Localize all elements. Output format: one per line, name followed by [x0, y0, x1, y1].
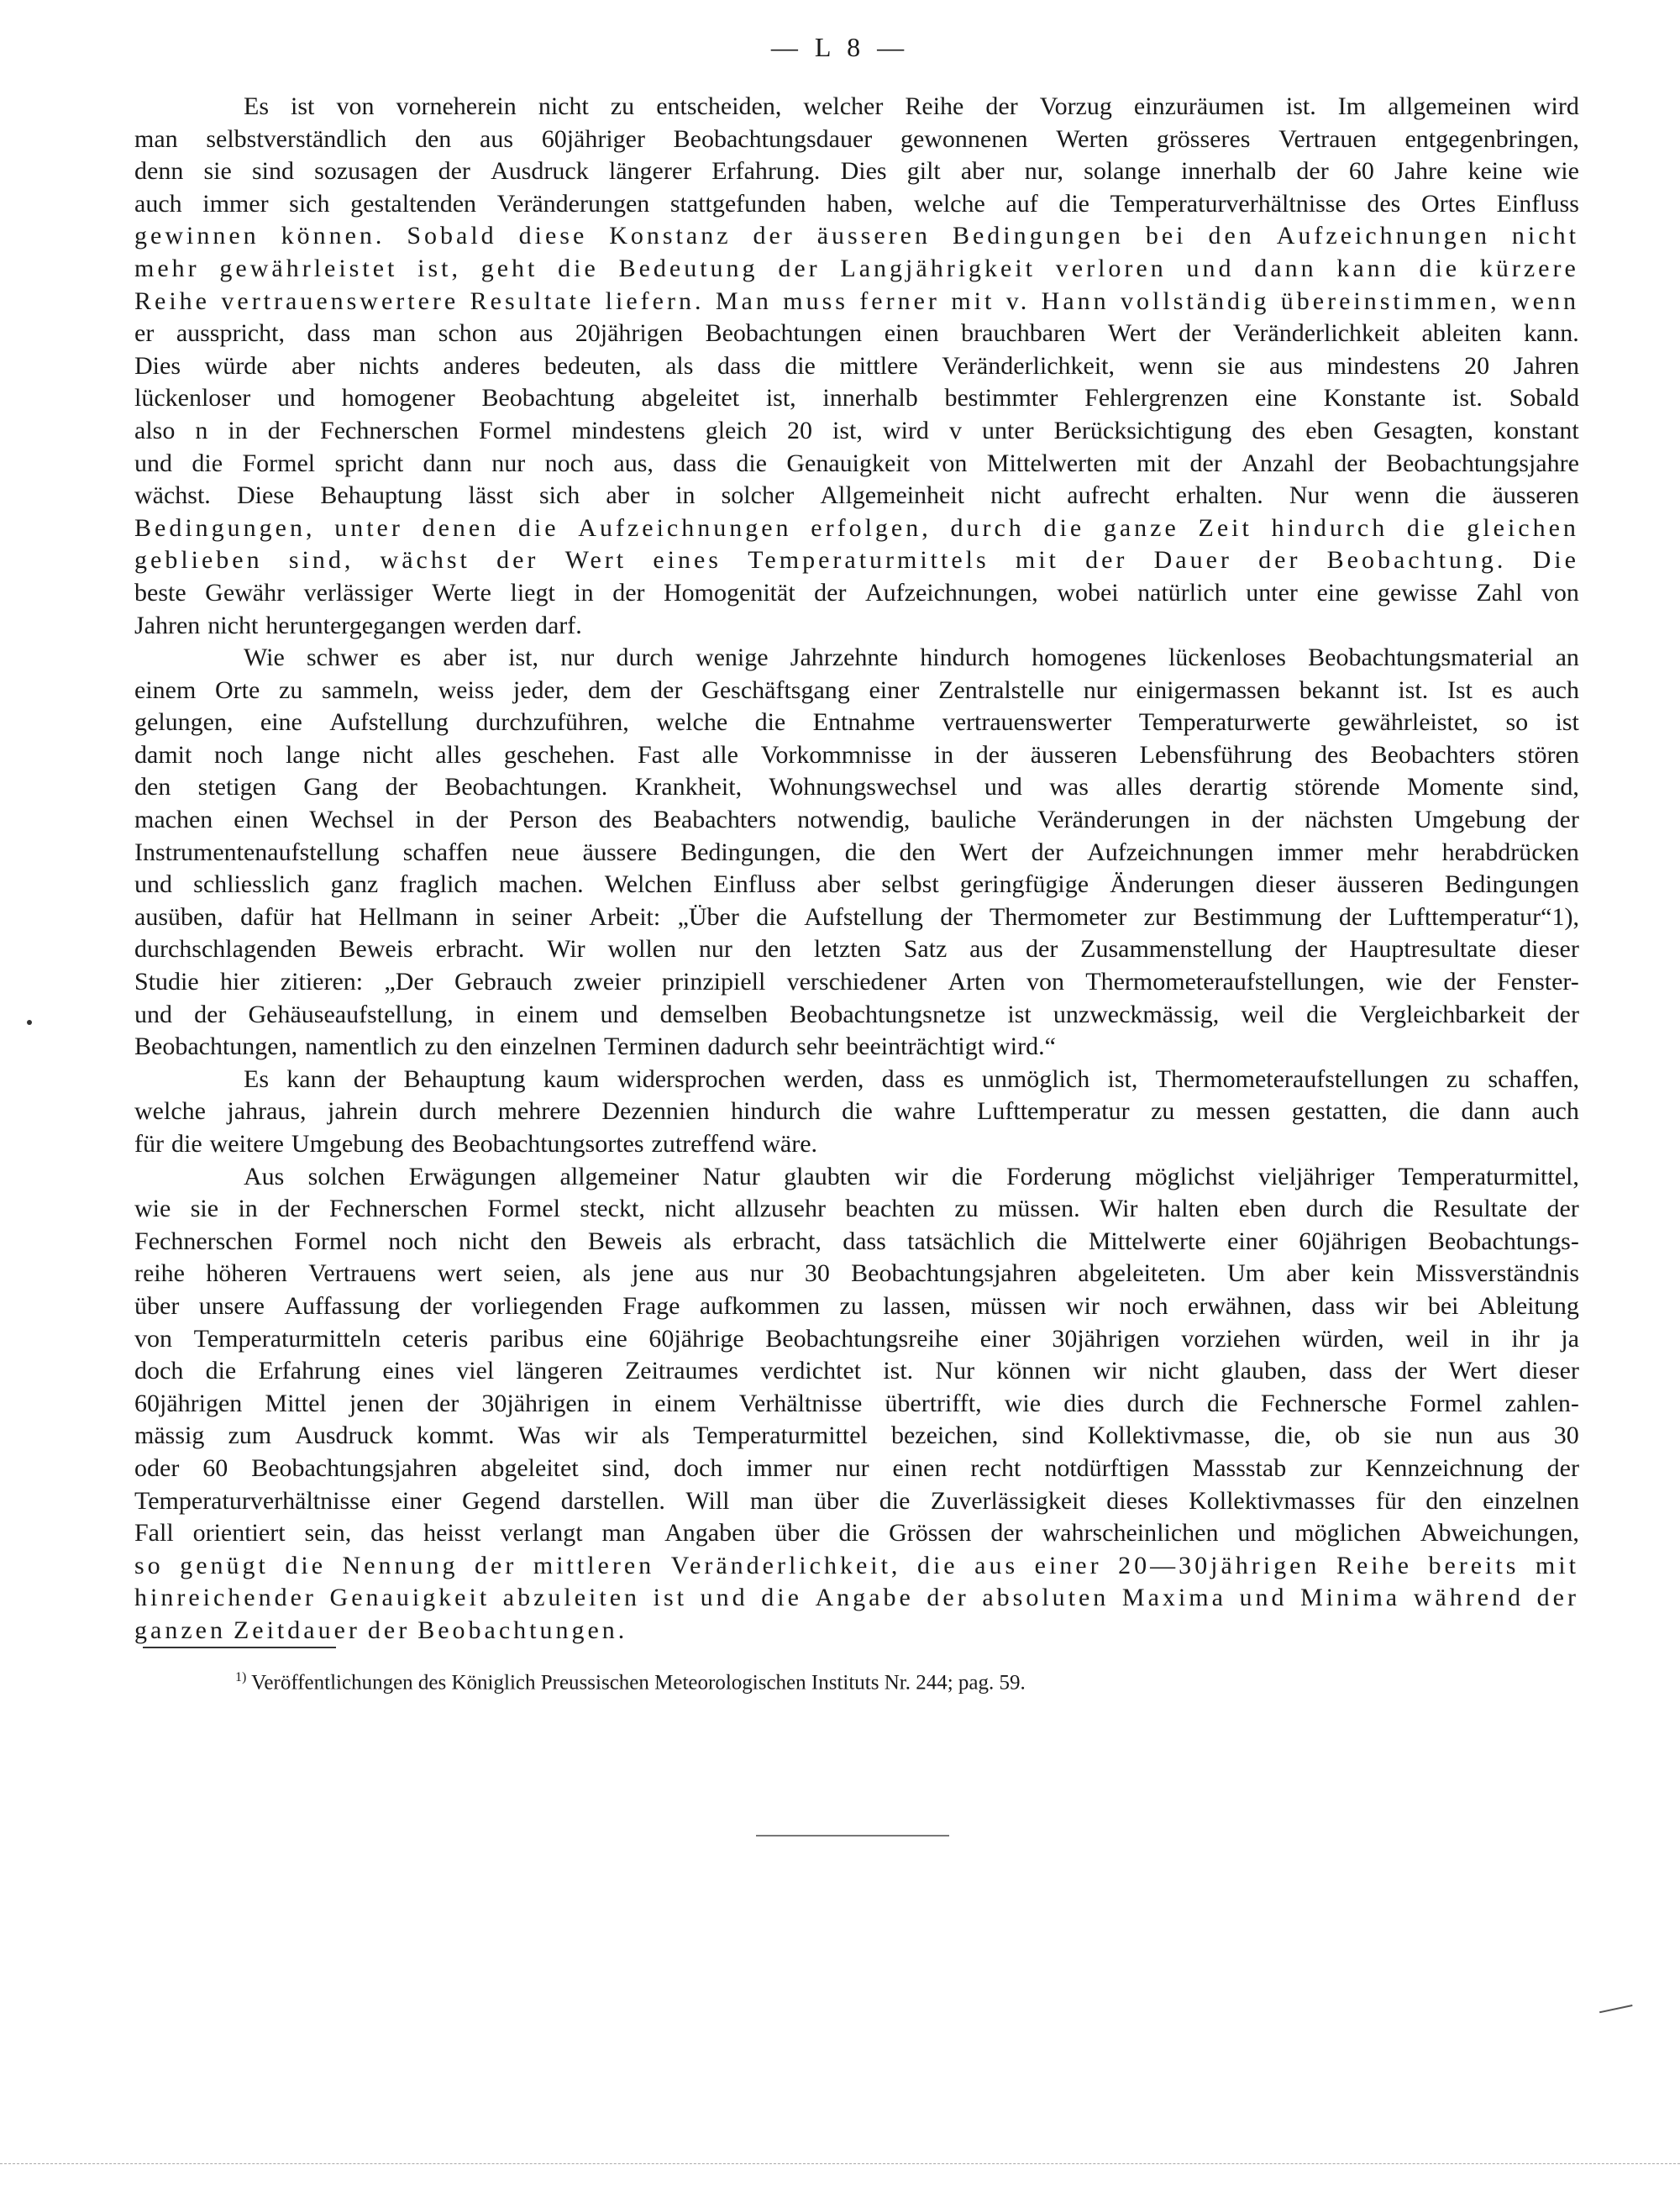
text-line: unddieFormelsprichtdannnurnochaus,dassdi…	[134, 448, 1579, 481]
footnote-marker: 1)	[235, 1670, 246, 1684]
end-of-text-rule	[756, 1835, 949, 1837]
text-line: ganzenZeitdauerderBeobachtungen.	[134, 1615, 1579, 1647]
text-line: Beobachtungen,namentlichzudeneinzelnenTe…	[134, 1031, 1579, 1064]
footnote: 1) Veröffentlichungen des Königlich Preu…	[235, 1670, 1026, 1695]
text-line: Esistvonvornehereinnichtzuentscheiden,we…	[134, 91, 1579, 123]
text-line: erausspricht,dassmanschonaus20jährigenBe…	[134, 318, 1579, 350]
text-line: alsoninderFechnerschenFormelmindestensgl…	[134, 415, 1579, 448]
footnote-text: Veröffentlichungen des Königlich Preussi…	[251, 1671, 1026, 1694]
text-line: Studiehierzitieren:„DerGebrauchzweierpri…	[134, 966, 1579, 999]
text-line: damitnochlangenichtallesgeschehen.Fastal…	[134, 739, 1579, 772]
text-line: fürdieweitereUmgebungdesBeobachtungsorte…	[134, 1128, 1579, 1161]
text-line: TemperaturverhältnisseeinerGegenddarstel…	[134, 1485, 1579, 1518]
text-line: Fallorientiertsein,dasheisstverlangtmanA…	[134, 1517, 1579, 1550]
text-line: ausüben,dafürhatHellmanninseinerArbeit:„…	[134, 901, 1579, 934]
text-line: gebliebensind,wächstderWerteinesTemperat…	[134, 544, 1579, 577]
body-text: Esistvonvornehereinnichtzuentscheiden,we…	[134, 91, 1579, 1647]
text-line: 60jährigenMitteljenender30jährigenineine…	[134, 1388, 1579, 1421]
text-line: ReihevertrauenswertereResultateliefern.M…	[134, 286, 1579, 318]
text-line: mehrgewährleistetist,gehtdieBedeutungder…	[134, 253, 1579, 286]
text-line: vonTemperaturmittelnceterisparibuseine60…	[134, 1323, 1579, 1356]
text-line: Jahrennichtheruntergegangenwerdendarf.	[134, 610, 1579, 643]
text-line: Dieswürdeabernichtsanderesbedeuten,alsda…	[134, 350, 1579, 383]
text-line: besteGewährverlässigerWerteliegtinderHom…	[134, 577, 1579, 610]
text-line: denstetigenGangderBeobachtungen.Krankhei…	[134, 771, 1579, 804]
text-line: wiesieinderFechnerschenFormelsteckt,nich…	[134, 1193, 1579, 1226]
text-line: Bedingungen,unterdenendieAufzeichnungene…	[134, 512, 1579, 545]
text-line: dennsiesindsozusagenderAusdrucklängererE…	[134, 155, 1579, 188]
text-line: gewinnenkönnen.SobalddieseKonstanzderäus…	[134, 220, 1579, 253]
text-line: Wieschweresaberist,nurdurchwenigeJahrzeh…	[134, 642, 1579, 675]
text-line: undderGehäuseaufstellung,ineinemunddemse…	[134, 999, 1579, 1032]
text-line: auchimmersichgestaltendenVeränderungenst…	[134, 188, 1579, 221]
page-number-header: — L 8 —	[0, 32, 1680, 63]
scan-mark	[1599, 2005, 1635, 2023]
text-line: Instrumentenaufstellungschaffenneueäusse…	[134, 837, 1579, 870]
text-line: oder60Beobachtungsjahrenabgeleitetsind,d…	[134, 1453, 1579, 1485]
text-line: reihehöherenVertrauenswertseien,alsjenea…	[134, 1258, 1579, 1290]
text-line: dochdieErfahrungeinesviellängerenZeitrau…	[134, 1355, 1579, 1388]
text-line: hinreichenderGenauigkeitabzuleitenistund…	[134, 1582, 1579, 1615]
text-line: sogenügtdieNennungdermittlerenVeränderli…	[134, 1550, 1579, 1583]
text-line: einemOrtezusammeln,weissjeder,demderGesc…	[134, 675, 1579, 707]
text-line: FechnerschenFormelnochnichtdenBeweisalse…	[134, 1226, 1579, 1259]
text-line: macheneinenWechselinderPersondesBeabacht…	[134, 804, 1579, 837]
text-line: EskannderBehauptungkaumwidersprochenwerd…	[134, 1064, 1579, 1096]
footnote-divider	[143, 1647, 336, 1648]
text-line: wächst.DieseBehauptunglässtsichaberinsol…	[134, 480, 1579, 512]
scan-speck	[27, 1020, 32, 1025]
text-line: lückenloserundhomogenerBeobachtungabgele…	[134, 382, 1579, 415]
text-line: durchschlagendenBeweiserbracht.Wirwollen…	[134, 933, 1579, 966]
text-line: manselbstverständlichdenaus60jährigerBeo…	[134, 123, 1579, 156]
text-line: überunsereAuffassungdervorliegendenFrage…	[134, 1290, 1579, 1323]
text-line: welchejahraus,jahreindurchmehrereDezenni…	[134, 1096, 1579, 1128]
text-line: undschliesslichganzfraglichmachen.Welche…	[134, 869, 1579, 901]
text-line: AussolchenErwägungenallgemeinerNaturglau…	[134, 1161, 1579, 1194]
text-line: gelungen,eineAufstellungdurchzuführen,we…	[134, 707, 1579, 739]
text-line: mässigzumAusdruckkommt.WaswiralsTemperat…	[134, 1420, 1579, 1453]
scan-edge	[0, 2163, 1680, 2164]
